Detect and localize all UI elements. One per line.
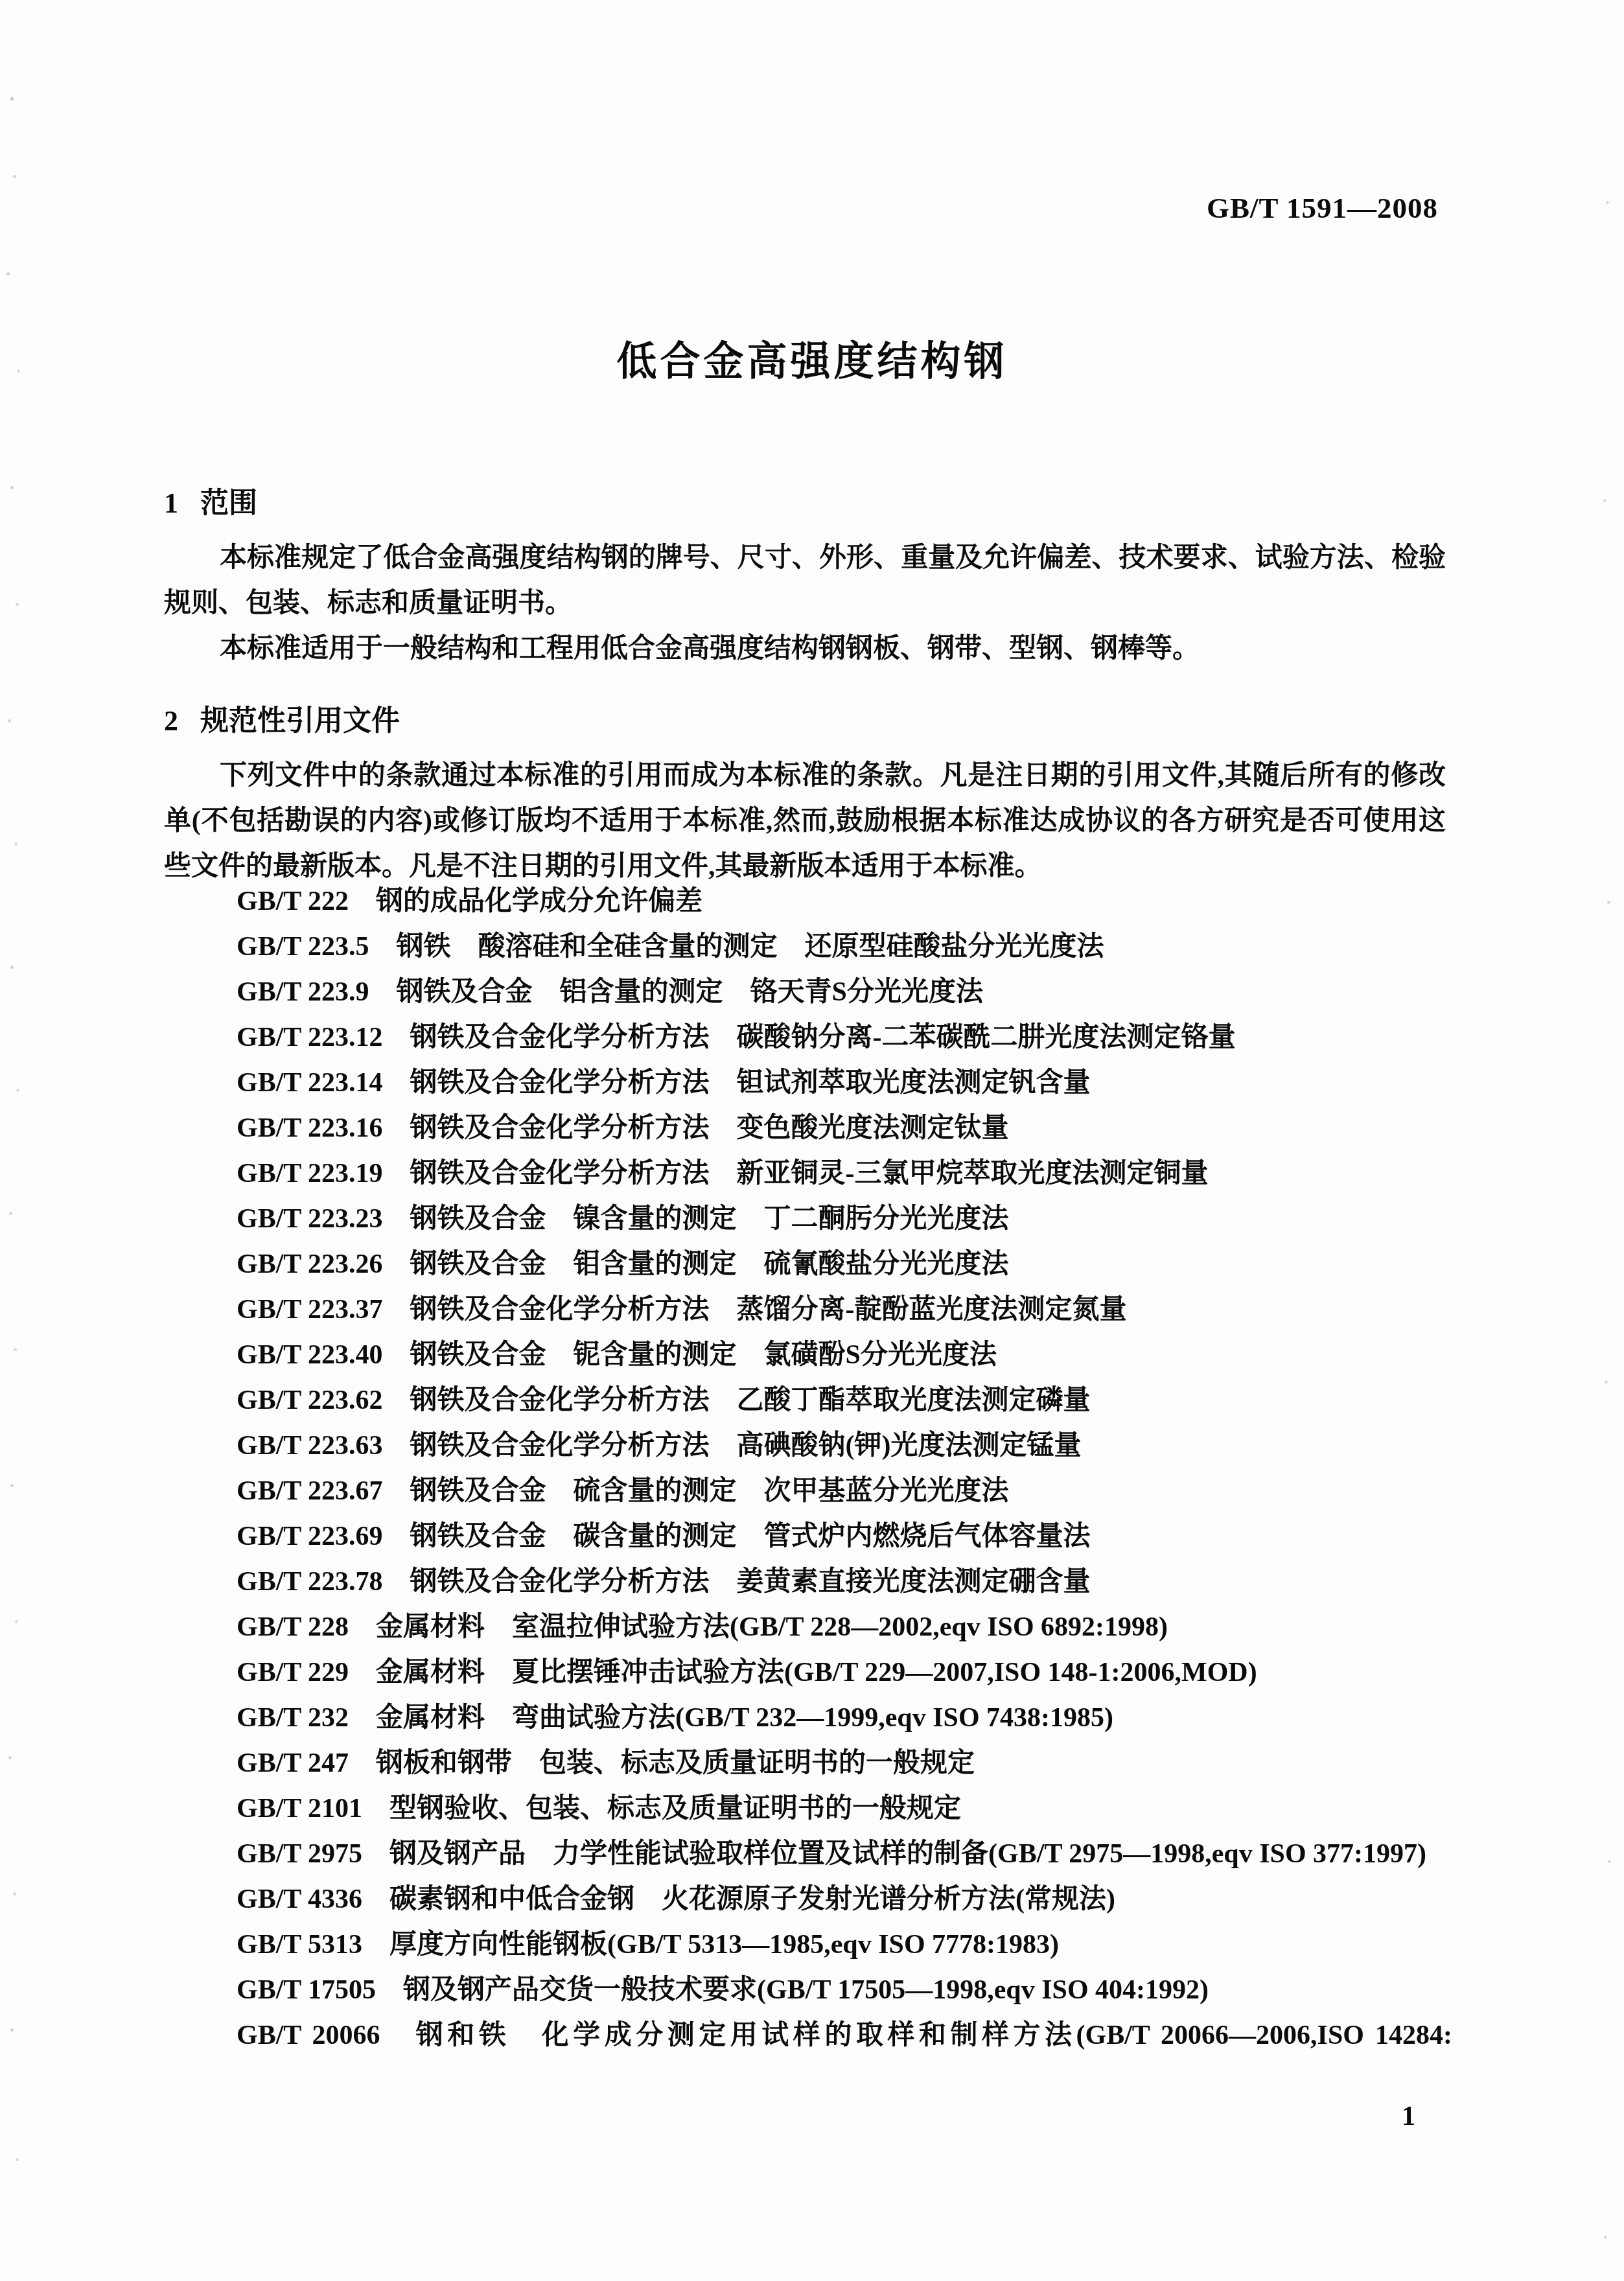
document-page: GB/T 1591—2008 低合金高强度结构钢 1范围 本标准规定了低合金高强… (0, 0, 1624, 2281)
reference-item: GB/T 2101 型钢验收、包装、标志及质量证明书的一般规定 (164, 1786, 1452, 1831)
section-1-title: 范围 (200, 487, 257, 519)
reference-item: GB/T 223.14 钢铁及合金化学分析方法 钽试剂萃取光度法测定钒含量 (164, 1060, 1452, 1106)
scope-paragraph-2: 本标准适用于一般结构和工程用低合金高强度结构钢钢板、钢带、型钢、钢棒等。 (164, 626, 1446, 671)
page-number: 1 (0, 2101, 1415, 2132)
reference-item: GB/T 222 钢的成品化学成分允许偏差 (164, 879, 1452, 924)
standard-code: GB/T 1591—2008 (0, 191, 1438, 225)
reference-item: GB/T 223.5 钢铁 酸溶硅和全硅含量的测定 还原型硅酸盐分光光度法 (164, 924, 1452, 969)
scope-paragraph-1: 本标准规定了低合金高强度结构钢的牌号、尺寸、外形、重量及允许偏差、技术要求、试验… (164, 535, 1446, 626)
reference-item: GB/T 223.40 钢铁及合金 铌含量的测定 氯磺酚S分光光度法 (164, 1332, 1452, 1378)
reference-item: GB/T 223.23 钢铁及合金 镍含量的测定 丁二酮肟分光光度法 (164, 1196, 1452, 1242)
section-2-title: 规范性引用文件 (200, 705, 400, 737)
section-1-heading: 1范围 (164, 480, 257, 521)
document-title: 低合金高强度结构钢 (0, 329, 1624, 387)
section-2-number: 2 (164, 705, 178, 737)
reference-item: GB/T 228 金属材料 室温拉伸试验方法(GB/T 228—2002,eqv… (164, 1604, 1452, 1650)
reference-item: GB/T 232 金属材料 弯曲试验方法(GB/T 232—1999,eqv I… (164, 1695, 1452, 1741)
reference-item: GB/T 223.37 钢铁及合金化学分析方法 蒸馏分离-靛酚蓝光度法测定氮量 (164, 1287, 1452, 1332)
reference-item: GB/T 17505 钢及钢产品交货一般技术要求(GB/T 17505—1998… (164, 1967, 1452, 2013)
reference-item: GB/T 223.78 钢铁及合金化学分析方法 姜黄素直接光度法测定硼含量 (164, 1559, 1452, 1604)
reference-item: GB/T 2975 钢及钢产品 力学性能试验取样位置及试样的制备(GB/T 29… (164, 1831, 1452, 1877)
reference-item: GB/T 5313 厚度方向性能钢板(GB/T 5313—1985,eqv IS… (164, 1922, 1452, 1967)
reference-list: GB/T 222 钢的成品化学成分允许偏差GB/T 223.5 钢铁 酸溶硅和全… (164, 879, 1452, 2058)
reference-item: GB/T 223.19 钢铁及合金化学分析方法 新亚铜灵-三氯甲烷萃取光度法测定… (164, 1151, 1452, 1196)
reference-item: GB/T 20066 钢和铁 化学成分测定用试样的取样和制样方法(GB/T 20… (164, 2013, 1452, 2058)
reference-item: GB/T 223.9 钢铁及合金 铝含量的测定 铬天青S分光光度法 (164, 969, 1452, 1015)
reference-item: GB/T 223.62 钢铁及合金化学分析方法 乙酸丁酯萃取光度法测定磷量 (164, 1378, 1452, 1423)
reference-item: GB/T 4336 碳素钢和中低合金钢 火花源原子发射光谱分析方法(常规法) (164, 1877, 1452, 1922)
scan-noise (10, 97, 14, 100)
reference-item: GB/T 223.16 钢铁及合金化学分析方法 变色酸光度法测定钛量 (164, 1106, 1452, 1151)
reference-item: GB/T 223.67 钢铁及合金 硫含量的测定 次甲基蓝分光光度法 (164, 1468, 1452, 1514)
section-2-heading: 2规范性引用文件 (164, 697, 400, 739)
reference-item: GB/T 223.12 钢铁及合金化学分析方法 碳酸钠分离-二苯碳酰二肼光度法测… (164, 1015, 1452, 1060)
reference-item: GB/T 223.69 钢铁及合金 碳含量的测定 管式炉内燃烧后气体容量法 (164, 1514, 1452, 1559)
reference-item: GB/T 247 钢板和钢带 包装、标志及质量证明书的一般规定 (164, 1741, 1452, 1786)
reference-item: GB/T 223.26 钢铁及合金 钼含量的测定 硫氰酸盐分光光度法 (164, 1242, 1452, 1287)
section-1-number: 1 (164, 487, 178, 519)
reference-item: GB/T 229 金属材料 夏比摆锤冲击试验方法(GB/T 229—2007,I… (164, 1650, 1452, 1695)
normative-references-intro: 下列文件中的条款通过本标准的引用而成为本标准的条款。凡是注日期的引用文件,其随后… (164, 753, 1446, 889)
reference-item: GB/T 223.63 钢铁及合金化学分析方法 高碘酸钠(钾)光度法测定锰量 (164, 1423, 1452, 1468)
